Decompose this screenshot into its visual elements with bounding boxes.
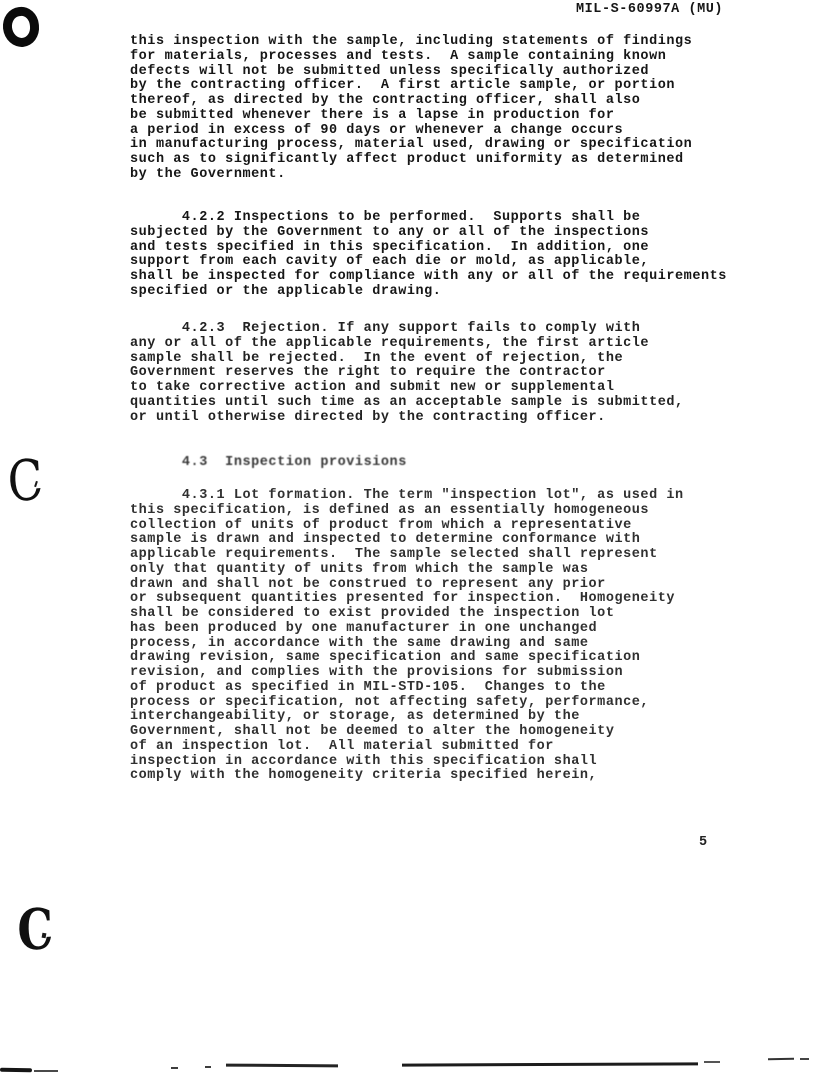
scan-artifact-dash: [704, 1061, 720, 1063]
handwritten-o-mark: [1, 5, 41, 49]
scan-artifact-dash: [800, 1058, 809, 1060]
handwritten-c-mark-bottom: C: [17, 907, 54, 953]
scan-artifact-dash: [34, 1070, 58, 1072]
scan-artifact-dash: [402, 1062, 698, 1066]
paragraph-4-2-3-rejection: 4.2.3 Rejection. If any support fails to…: [130, 322, 684, 425]
document-page: MIL-S-60997A (MU) this inspection with t…: [0, 0, 821, 1079]
paragraph-first-article-continuation: this inspection with the sample, includi…: [130, 35, 692, 183]
heading-4-3-inspection-provisions: 4.3 Inspection provisions: [130, 456, 407, 471]
stray-tick-mark-bottom: [42, 933, 47, 939]
paragraph-4-2-2-inspections-to-be-performed: 4.2.2 Inspections to be performed. Suppo…: [130, 211, 727, 300]
scan-artifact-dash: [205, 1066, 211, 1068]
document-header-id: MIL-S-60997A (MU): [576, 3, 723, 18]
scan-artifact-dash: [171, 1067, 178, 1069]
page-number: 5: [699, 836, 708, 851]
scan-artifact-dash: [226, 1064, 338, 1067]
handwritten-c-mark-middle: C: [7, 459, 45, 506]
paragraph-4-3-1-lot-formation: 4.3.1 Lot formation. The term "inspectio…: [130, 489, 684, 784]
scan-artifact-dash: [0, 1068, 32, 1073]
scan-artifact-dash: [768, 1058, 794, 1060]
